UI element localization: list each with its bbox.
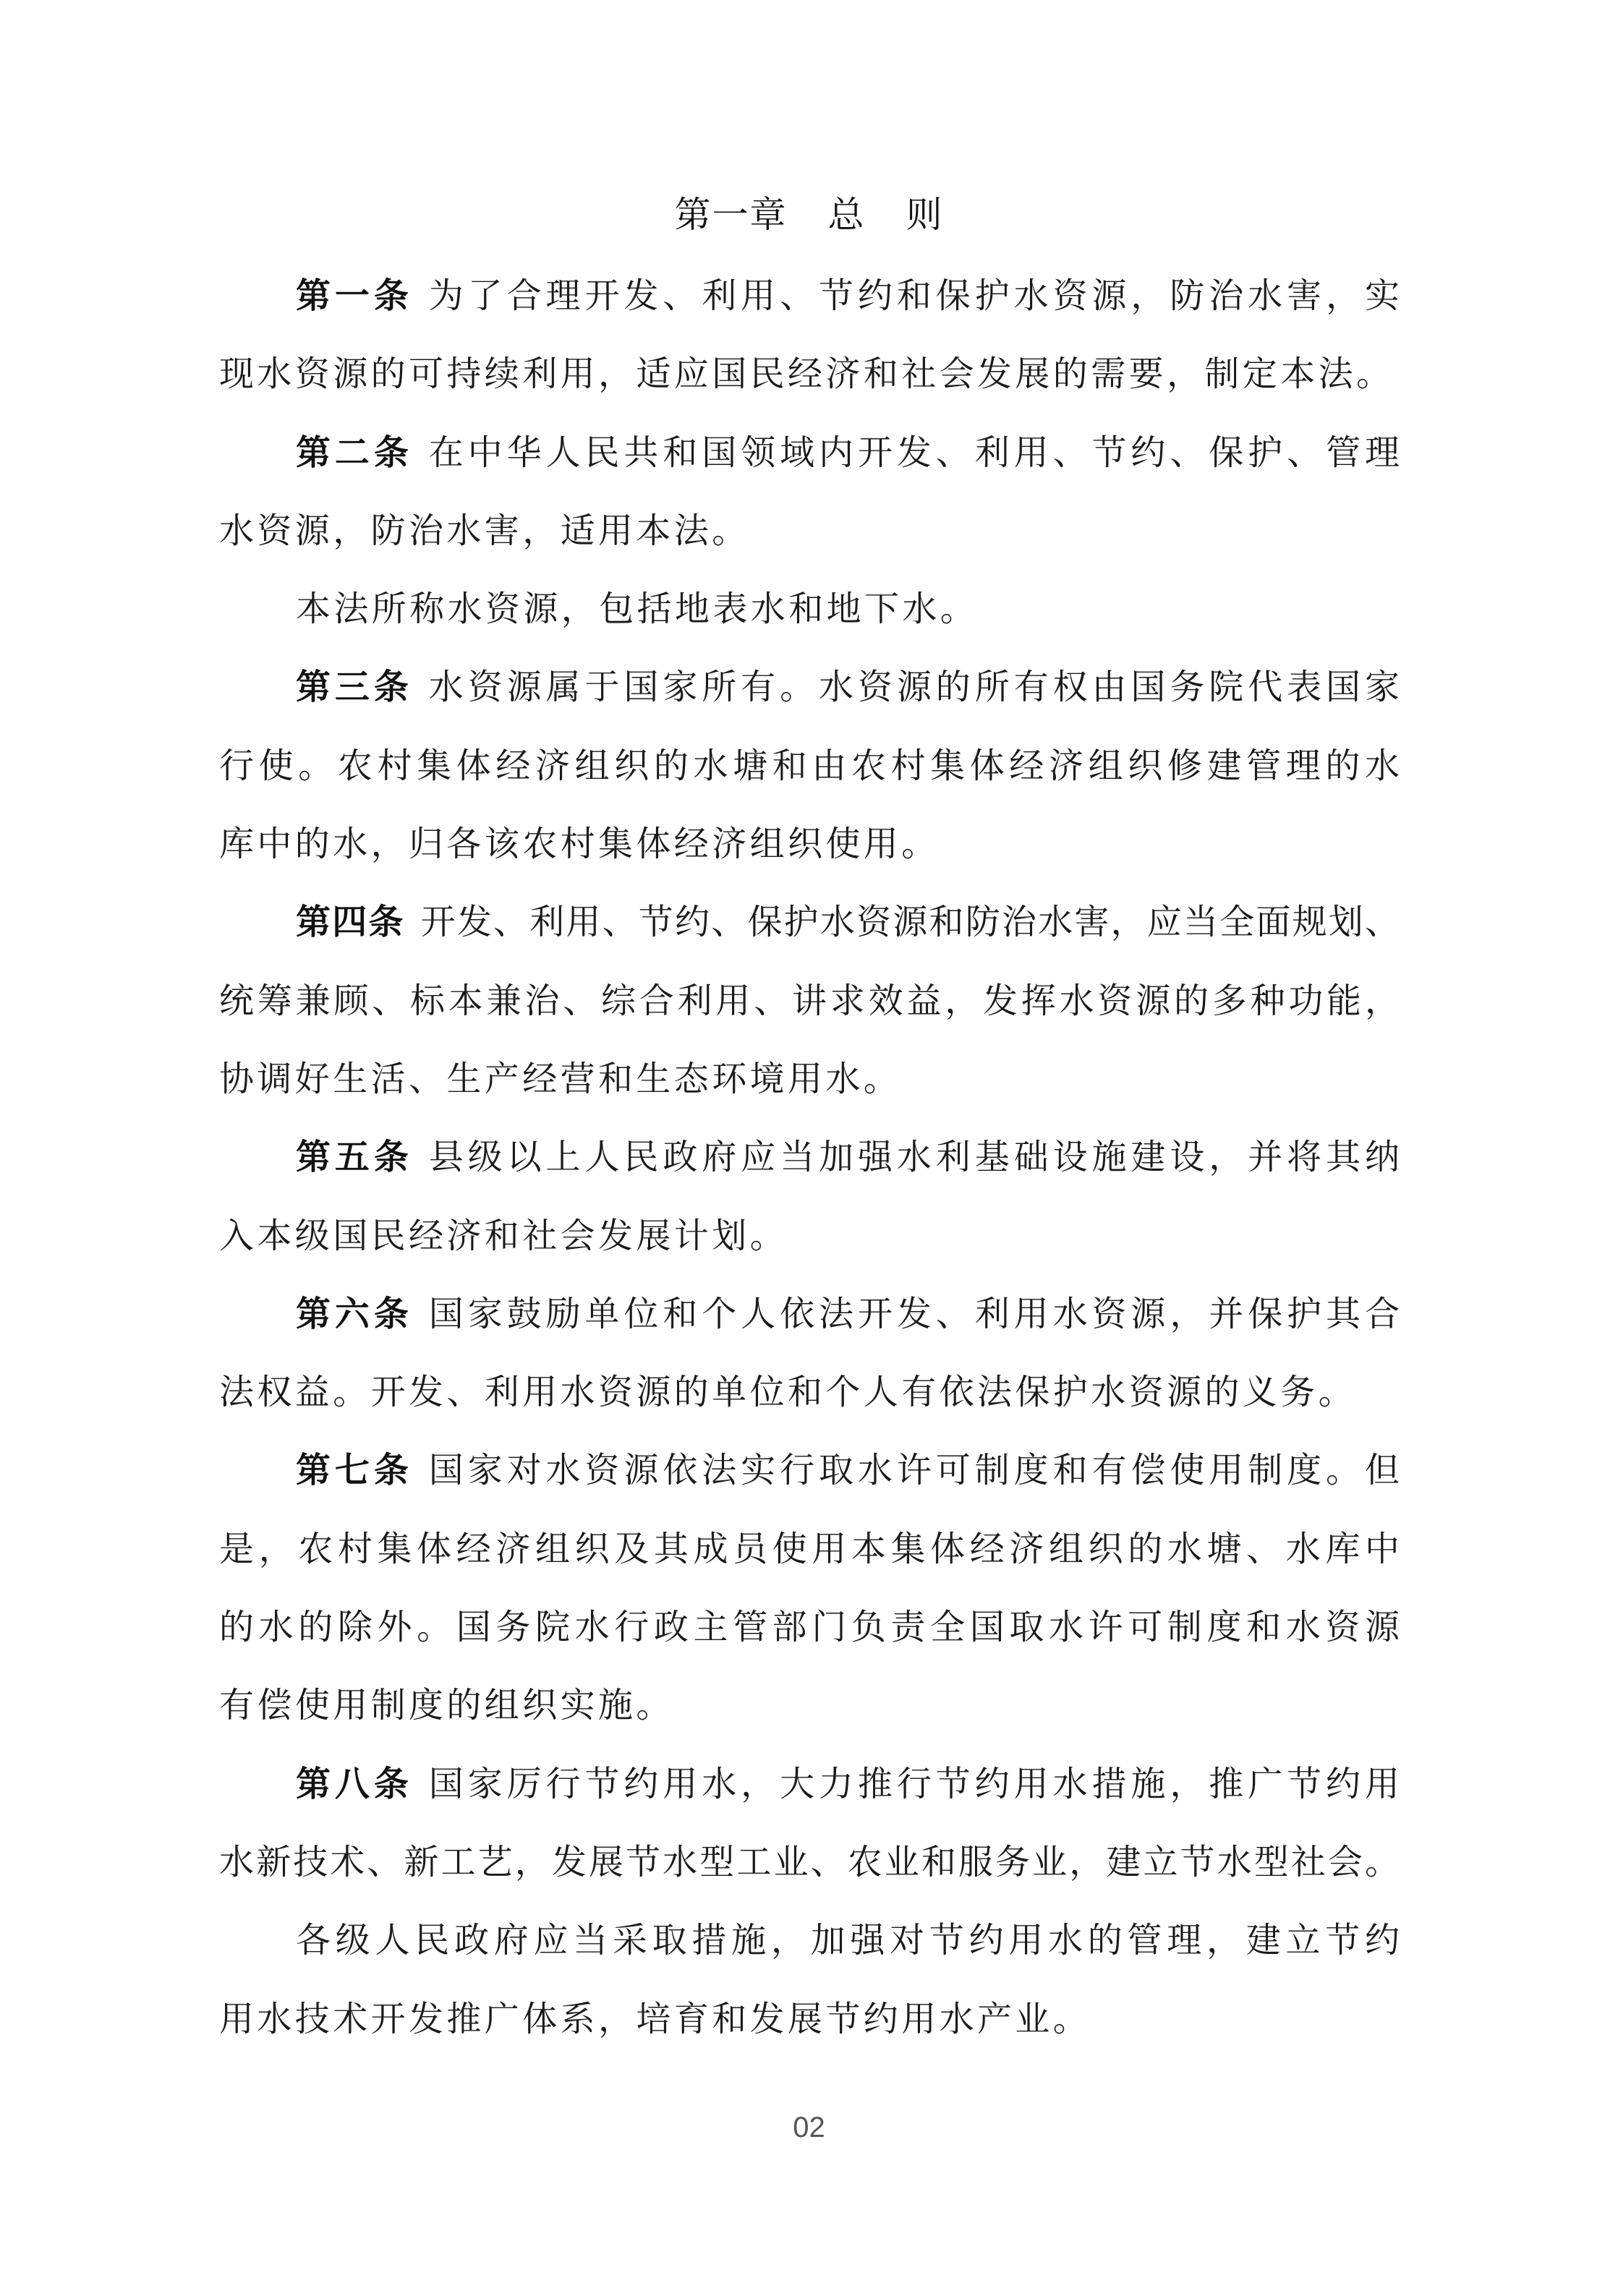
article-text: 国家鼓励单位和个人依法开发、利用水资源，并保护其合	[429, 1294, 1400, 1334]
article-6-line-1: 第六条国家鼓励单位和个人依法开发、利用水资源，并保护其合	[219, 1286, 1400, 1364]
article-2-paragraph-2: 本法所称水资源，包括地表水和地下水。	[219, 581, 1400, 659]
article-8-paragraph-2-line-1: 各级人民政府应当采取措施，加强对节约用水的管理，建立节约	[219, 1912, 1400, 1990]
article-label: 第一条	[296, 276, 413, 316]
article-3-line-3: 库中的水，归各该农村集体经济组织使用。	[219, 816, 1400, 894]
article-3-line-2: 行使。农村集体经济组织的水塘和由农村集体经济组织修建管理的水	[219, 738, 1400, 816]
article-text: 开发、利用、节约、保护水资源和防治水害，应当全面规划、	[421, 902, 1400, 942]
article-label: 第五条	[296, 1137, 413, 1177]
article-text: 县级以上人民政府应当加强水利基础设施建设，并将其纳	[429, 1137, 1400, 1177]
article-label: 第八条	[296, 1764, 413, 1804]
article-4-line-2: 统筹兼顾、标本兼治、综合利用、讲求效益，发挥水资源的多种功能，	[219, 973, 1400, 1051]
article-label: 第六条	[296, 1294, 413, 1334]
article-label: 第三条	[296, 667, 413, 707]
document-body: 第一条为了合理开发、利用、节约和保护水资源，防治水害，实 现水资源的可持续利用，…	[219, 268, 1400, 2069]
article-4-line-1: 第四条开发、利用、节约、保护水资源和防治水害，应当全面规划、	[219, 894, 1400, 972]
article-text: 国家厉行节约用水，大力推行节约用水措施，推广节约用	[429, 1764, 1400, 1804]
article-label: 第四条	[296, 902, 405, 942]
article-4-line-3: 协调好生活、生产经营和生态环境用水。	[219, 1051, 1400, 1129]
article-text: 为了合理开发、利用、节约和保护水资源，防治水害，实	[429, 276, 1400, 316]
article-5-line-2: 入本级国民经济和社会发展计划。	[219, 1208, 1400, 1286]
chapter-title-part1: 总	[828, 194, 866, 236]
article-3-line-1: 第三条水资源属于国家所有。水资源的所有权由国务院代表国家	[219, 659, 1400, 737]
article-2-line-1: 第二条在中华人民共和国领域内开发、利用、节约、保护、管理	[219, 424, 1400, 503]
article-label: 第二条	[296, 432, 413, 473]
article-text: 国家对水资源依法实行取水许可制度和有偿使用制度。但	[429, 1450, 1400, 1490]
article-7-line-2: 是，农村集体经济组织及其成员使用本集体经济组织的水塘、水库中	[219, 1521, 1400, 1599]
article-text: 水资源属于国家所有。水资源的所有权由国务院代表国家	[429, 667, 1400, 707]
chapter-number: 第一章	[675, 194, 788, 236]
document-page: 第一章总则 第一条为了合理开发、利用、节约和保护水资源，防治水害，实 现水资源的…	[0, 0, 1618, 2296]
article-7-line-3: 的水的除外。国务院水行政主管部门负责全国取水许可制度和水资源	[219, 1599, 1400, 1677]
chapter-title: 第一章总则	[0, 189, 1618, 240]
article-1-line-2: 现水资源的可持续利用，适应国民经济和社会发展的需要，制定本法。	[219, 346, 1400, 424]
article-8-line-1: 第八条国家厉行节约用水，大力推行节约用水措施，推广节约用	[219, 1756, 1400, 1834]
article-7-line-1: 第七条国家对水资源依法实行取水许可制度和有偿使用制度。但	[219, 1442, 1400, 1520]
article-7-line-4: 有偿使用制度的组织实施。	[219, 1677, 1400, 1755]
page-number: 02	[0, 2110, 1618, 2145]
article-2-line-2: 水资源，防治水害，适用本法。	[219, 503, 1400, 581]
article-1-line-1: 第一条为了合理开发、利用、节约和保护水资源，防治水害，实	[219, 268, 1400, 346]
article-label: 第七条	[296, 1450, 413, 1490]
article-6-line-2: 法权益。开发、利用水资源的单位和个人有依法保护水资源的义务。	[219, 1364, 1400, 1442]
article-8-paragraph-2-line-2: 用水技术开发推广体系，培育和发展节约用水产业。	[219, 1991, 1400, 2069]
chapter-title-part2: 则	[906, 194, 944, 236]
article-8-line-2: 水新技术、新工艺，发展节水型工业、农业和服务业，建立节水型社会。	[219, 1834, 1400, 1912]
article-text: 在中华人民共和国领域内开发、利用、节约、保护、管理	[429, 432, 1400, 473]
article-5-line-1: 第五条县级以上人民政府应当加强水利基础设施建设，并将其纳	[219, 1129, 1400, 1207]
